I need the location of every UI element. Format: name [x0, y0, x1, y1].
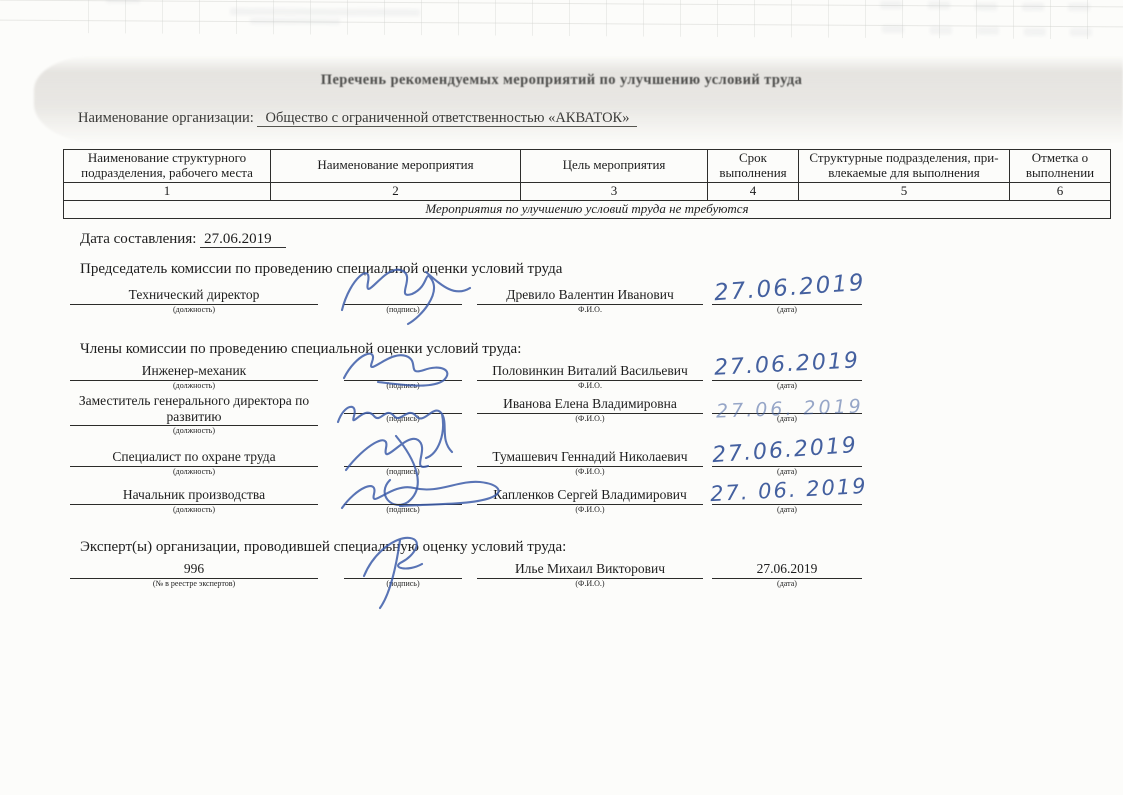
date-sublabel: (дата)	[712, 381, 862, 390]
date-sublabel: (дата)	[712, 414, 862, 423]
position-value: Инженер-механик	[70, 360, 318, 381]
position-sublabel: (должность)	[70, 467, 318, 476]
column-number: 3	[521, 182, 708, 200]
column-number: 2	[271, 182, 521, 200]
chairman-section-title: Председатель комиссии по проведению спец…	[80, 261, 562, 278]
position-value: Специалист по охране труда	[70, 446, 318, 467]
date-sublabel: (дата)	[712, 305, 862, 314]
column-number: 1	[64, 182, 271, 200]
position-sublabel: (должность)	[70, 426, 318, 435]
header-cell-unit: Наименование структурного подразделения,…	[64, 150, 271, 183]
page-title: Перечень рекомендуемых мероприятий по ул…	[0, 72, 1123, 89]
compilation-date-value: 27.06.2019	[200, 231, 286, 248]
header-cell-term: Срок выполнения	[708, 150, 799, 183]
no-measures-note: Мероприятия по улучшению условий труда н…	[64, 200, 1111, 218]
ghost-grid-lines	[88, 0, 1123, 39]
experts-section-title: Эксперт(ы) организации, проводившей спец…	[80, 539, 566, 556]
scanned-document-page: Перечень рекомендуемых мероприятий по ул…	[0, 0, 1123, 795]
name-value: Иванова Елена Владимировна	[477, 393, 703, 414]
name-value: Половинкин Виталий Васильевич	[477, 360, 703, 381]
header-cell-measure: Наименование мероприятия	[271, 150, 521, 183]
measures-table: Наименование структурного подразделения,…	[63, 149, 1111, 219]
compilation-date-label: Дата составления:	[80, 231, 196, 247]
column-number: 4	[708, 182, 799, 200]
signature-sublabel: (подпись)	[344, 579, 462, 588]
organization-line: Наименование организации: Общество с огр…	[78, 110, 637, 127]
name-sublabel: (Ф.И.О.)	[477, 579, 703, 588]
name-sublabel: (Ф.И.О.)	[477, 414, 703, 423]
scan-shadow-band	[34, 56, 1123, 144]
header-cell-mark: Отметка о выполнении	[1010, 150, 1111, 183]
name-sublabel: Ф.И.О.	[477, 305, 703, 314]
expert-registry-number: 996	[70, 558, 318, 579]
ghost-row-line	[0, 20, 1123, 28]
date-sublabel: (дата)	[712, 467, 862, 476]
signature-sublabel: (подпись)	[344, 414, 462, 423]
compilation-date-line: Дата составления: 27.06.2019	[80, 231, 286, 248]
position-sublabel: (должность)	[70, 381, 318, 390]
column-number: 6	[1010, 182, 1111, 200]
position-value: Начальник производства	[70, 484, 318, 505]
signature-sublabel: (подпись)	[344, 381, 462, 390]
signature-sublabel: (подпись)	[344, 505, 462, 514]
name-value: Тумашевич Геннадий Николаевич	[477, 446, 703, 467]
position-sublabel: (должность)	[70, 305, 318, 314]
signature-sublabel: (подпись)	[344, 467, 462, 476]
date-sublabel: (дата)	[712, 579, 862, 588]
signature-sublabel: (подпись)	[344, 305, 462, 314]
position-value: Технический директор	[70, 284, 318, 305]
registry-sublabel: (№ в реестре экспертов)	[70, 579, 318, 588]
column-number: 5	[799, 182, 1010, 200]
name-sublabel: (Ф.И.О.)	[477, 505, 703, 514]
name-value: Илье Михаил Викторович	[477, 558, 703, 579]
name-value: Капленков Сергей Владимирович	[477, 484, 703, 505]
name-sublabel: Ф.И.О.	[477, 381, 703, 390]
position-sublabel: (должность)	[70, 505, 318, 514]
name-value: Древило Валентин Иванович	[477, 284, 703, 305]
ghost-row-line	[0, 0, 1123, 7]
position-value: Заместитель генерального директора по ра…	[70, 393, 318, 426]
header-cell-goal: Цель мероприятия	[521, 150, 708, 183]
members-section-title: Члены комиссии по проведению специальной…	[80, 341, 521, 358]
header-cell-involved: Структурные подразделения, при- влекаемы…	[799, 150, 1010, 183]
organization-value: Общество с ограниченной ответственностью…	[257, 110, 637, 127]
organization-label: Наименование организации:	[78, 110, 254, 126]
date-sublabel: (дата)	[712, 505, 862, 514]
ghost-table-bleed	[0, 0, 1123, 39]
expert-date-value: 27.06.2019	[712, 558, 862, 579]
name-sublabel: (Ф.И.О.)	[477, 467, 703, 476]
